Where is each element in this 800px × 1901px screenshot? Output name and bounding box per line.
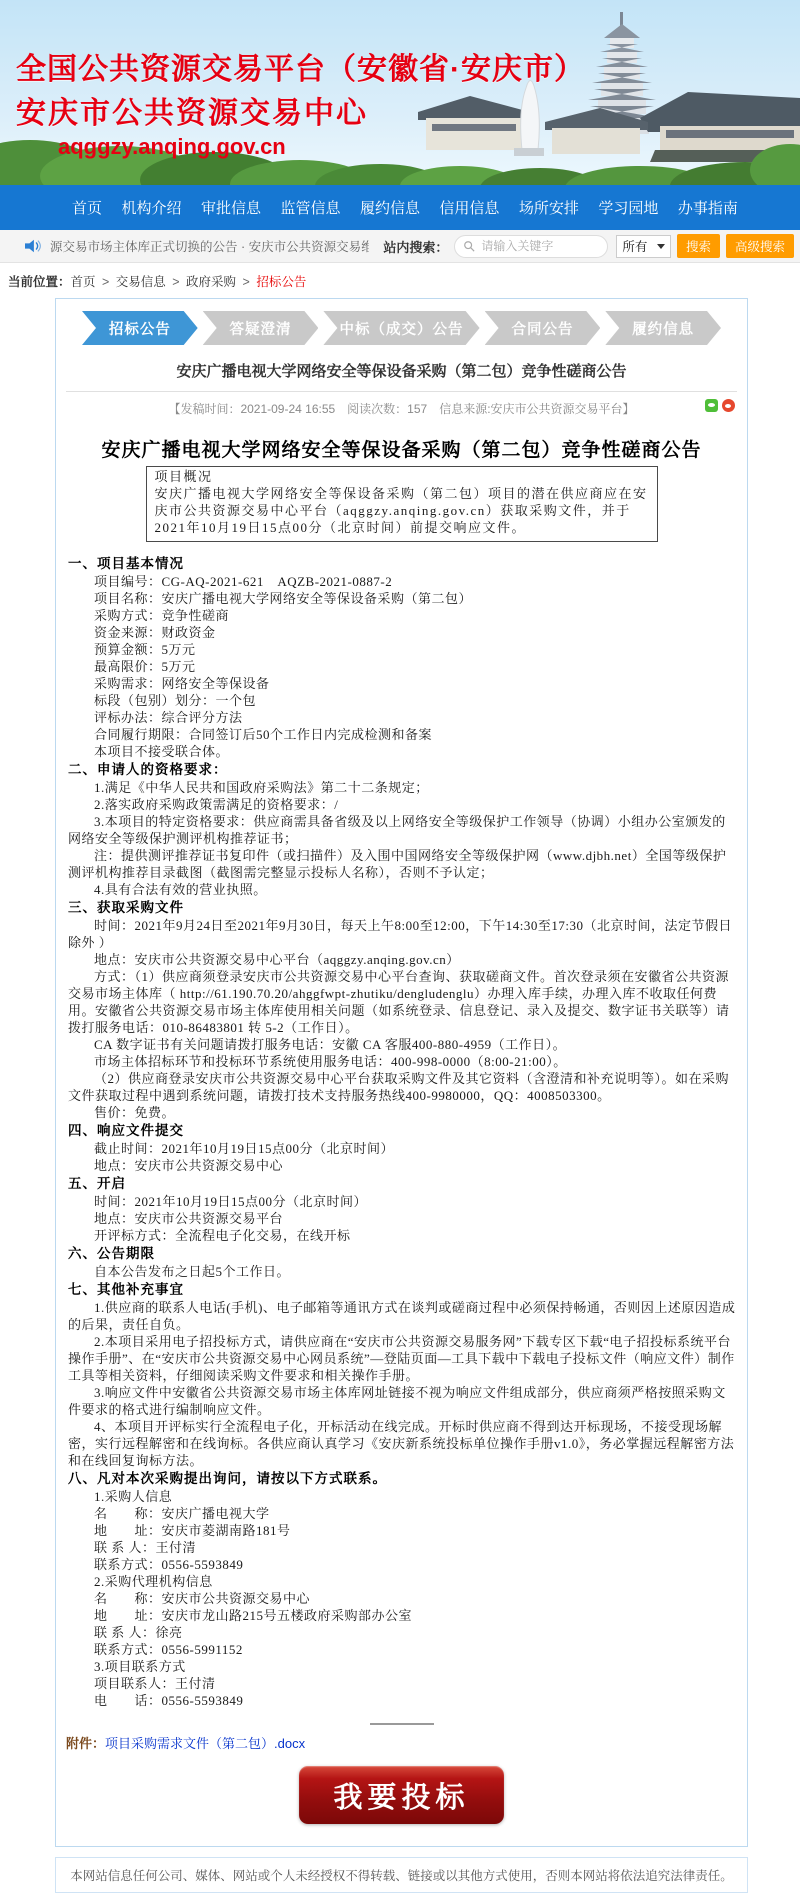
overview-heading: 项目概况: [155, 468, 649, 485]
section-6-paragraph-1: 自本公告发布之日起5个工作日。: [68, 1263, 737, 1280]
search-input[interactable]: [479, 238, 599, 254]
section-1-paragraph-1: 项目编号：CG-AQ-2021-621 AQZB-2021-0887-2: [68, 573, 737, 590]
section-8-paragraph-1: 1.采购人信息: [68, 1488, 737, 1505]
section-4-paragraph-2: 地点：安庆市公共资源交易中心: [68, 1157, 737, 1174]
document-title: 安庆广播电视大学网络安全等保设备采购（第二包）竞争性磋商公告: [64, 435, 739, 462]
section-heading-5: 五、开启: [68, 1175, 737, 1192]
nav-item-6[interactable]: 信用信息: [439, 197, 499, 218]
project-overview-box: 项目概况 安庆广播电视大学网络安全等保设备采购（第二包）项目的潜在供应商应在安庆…: [146, 466, 658, 542]
breadcrumb-item-2[interactable]: 交易信息: [116, 275, 166, 289]
site-title-line2: 安庆市公共资源交易中心: [16, 88, 368, 132]
news-ticker[interactable]: 源交易市场主体库正式切换的公告 · 安庆市公共资源交易维权渠道 · 安庆: [50, 237, 369, 255]
article-meta-row: 【发稿时间：2021-09-24 16:55 阅读次数：157 信息来源:安庆市…: [64, 392, 739, 427]
bid-now-button[interactable]: 我要投标: [299, 1766, 504, 1824]
chevron-down-icon: [657, 244, 665, 249]
section-3-paragraph-4: CA 数字证书有关问题请拨打服务电话：安徽 CA 客服400-880-4959（…: [68, 1036, 737, 1053]
section-7-paragraph-1: 1.供应商的联系人电话(手机)、电子邮箱等通讯方式在谈判或磋商过程中必须保持畅通…: [68, 1299, 737, 1333]
section-4-paragraph-1: 截止时间：2021年10月19日15点00分（北京时间）: [68, 1140, 737, 1157]
section-3-paragraph-5: 市场主体招标环节和投标环节系统使用服务电话：400-998-0000（8:00-…: [68, 1053, 737, 1070]
nav-item-2[interactable]: 机构介绍: [121, 197, 181, 218]
section-8-paragraph-7: 名 称：安庆市公共资源交易中心: [68, 1590, 737, 1607]
breadcrumb-item-4[interactable]: 招标公告: [256, 275, 306, 289]
section-heading-8: 八、凡对本次采购提出询问，请按以下方式联系。: [68, 1470, 737, 1487]
tab-5[interactable]: 履约信息: [605, 311, 721, 345]
document-end-divider: [370, 1723, 434, 1725]
section-8-paragraph-12: 项目联系人：王付清: [68, 1675, 737, 1692]
site-url: aqggzy.anqing.gov.cn: [58, 134, 286, 160]
announcement-document: 安庆广播电视大学网络安全等保设备采购（第二包）竞争性磋商公告 项目概况 安庆广播…: [64, 435, 739, 1725]
breadcrumb-item-1[interactable]: 首页: [71, 275, 96, 289]
section-1-paragraph-8: 标段（包别）划分：一个包: [68, 692, 737, 709]
section-8-paragraph-5: 联系方式：0556-5593849: [68, 1556, 737, 1573]
page-title: 安庆广播电视大学网络安全等保设备采购（第二包）竞争性磋商公告: [64, 360, 739, 381]
tab-2[interactable]: 答疑澄清: [203, 311, 319, 345]
section-8-paragraph-9: 联 系 人：徐亮: [68, 1624, 737, 1641]
tab-4[interactable]: 合同公告: [485, 311, 601, 345]
tab-bar: 招标公告答疑澄清中标（成交）公告合同公告履约信息: [82, 311, 721, 345]
tab-3[interactable]: 中标（成交）公告: [323, 311, 479, 345]
header-banner: 全国公共资源交易平台（安徽省·安庆市） 安庆市公共资源交易中心 aqggzy.a…: [0, 0, 800, 185]
breadcrumb-item-3[interactable]: 政府采购: [186, 275, 236, 289]
section-1-paragraph-4: 资金来源：财政资金: [68, 624, 737, 641]
section-3-paragraph-3: 方式：（1）供应商须登录安庆市公共资源交易中心平台查询、获取磋商文件。首次登录须…: [68, 968, 737, 1036]
document-body: 一、项目基本情况项目编号：CG-AQ-2021-621 AQZB-2021-08…: [64, 542, 739, 1709]
section-1-paragraph-5: 预算金额：5万元: [68, 641, 737, 658]
breadcrumb: 当前位置：首页 > 交易信息 > 政府采购 > 招标公告: [0, 263, 800, 296]
nav-item-4[interactable]: 监管信息: [280, 197, 340, 218]
section-5-paragraph-1: 时间：2021年10月19日15点00分（北京时间）: [68, 1193, 737, 1210]
breadcrumb-label: 当前位置：: [8, 275, 71, 289]
nav-item-7[interactable]: 场所安排: [519, 197, 579, 218]
section-8-paragraph-11: 3.项目联系方式: [68, 1658, 737, 1675]
section-1-paragraph-3: 采购方式：竞争性磋商: [68, 607, 737, 624]
site-search-label: 站内搜索：: [383, 237, 448, 256]
tab-1[interactable]: 招标公告: [82, 311, 198, 345]
section-heading-7: 七、其他补充事宜: [68, 1281, 737, 1298]
main-content-box: 招标公告答疑澄清中标（成交）公告合同公告履约信息 安庆广播电视大学网络安全等保设…: [55, 298, 748, 1847]
section-8-paragraph-10: 联系方式：0556-5991152: [68, 1641, 737, 1658]
section-3-paragraph-6: （2）供应商登录安庆市公共资源交易中心平台获取采购文件及其它资料（含澄清和补充说…: [68, 1070, 737, 1104]
section-8-paragraph-2: 名 称：安庆广播电视大学: [68, 1505, 737, 1522]
footer-notice: 本网站信息任何公司、媒体、网站或个人未经授权不得转载、链接或以其他方式使用，否则…: [55, 1857, 748, 1893]
article-meta: 【发稿时间：2021-09-24 16:55 阅读次数：157 信息来源:安庆市…: [168, 402, 634, 416]
section-2-paragraph-5: 4.具有合法有效的营业执照。: [68, 881, 737, 898]
section-1-paragraph-2: 项目名称：安庆广播电视大学网络安全等保设备采购（第二包）: [68, 590, 737, 607]
section-heading-2: 二、申请人的资格要求：: [68, 761, 737, 778]
nav-item-9[interactable]: 办事指南: [678, 197, 738, 218]
nav-item-3[interactable]: 审批信息: [201, 197, 261, 218]
share-wechat-icon[interactable]: [705, 399, 718, 412]
search-scope-value: 所有: [622, 237, 647, 255]
nav-item-1[interactable]: 首页: [72, 197, 102, 218]
section-3-paragraph-1: 时间：2021年9月24日至2021年9月30日，每天上午8:00至12:00，…: [68, 917, 737, 951]
section-3-paragraph-7: 售价：免费。: [68, 1104, 737, 1121]
section-1-paragraph-11: 本项目不接受联合体。: [68, 743, 737, 760]
section-7-paragraph-4: 4、本项目开评标实行全流程电子化，开标活动在线完成。开标时供应商不得到达开标现场…: [68, 1418, 737, 1469]
section-heading-3: 三、获取采购文件: [68, 899, 737, 916]
breadcrumb-separator: >: [99, 275, 113, 289]
share-icons: [705, 399, 735, 412]
section-5-paragraph-2: 地点：安庆市公共资源交易平台: [68, 1210, 737, 1227]
speaker-icon: [24, 238, 42, 254]
section-8-paragraph-4: 联 系 人：王付清: [68, 1539, 737, 1556]
overview-text: 安庆广播电视大学网络安全等保设备采购（第二包）项目的潜在供应商应在安庆市公共资源…: [155, 485, 649, 536]
search-scope-select[interactable]: 所有: [616, 235, 671, 258]
section-7-paragraph-2: 2.本项目采用电子招投标方式，请供应商在“安庆市公共资源交易服务网”下载专区下载…: [68, 1333, 737, 1384]
top-nav: 首页机构介绍审批信息监管信息履约信息信用信息场所安排学习园地办事指南: [0, 185, 800, 230]
breadcrumb-separator: >: [239, 275, 253, 289]
advanced-search-button[interactable]: 高级搜索: [726, 234, 794, 258]
attachment-row: 附件：项目采购需求文件（第二包）.docx: [66, 1733, 739, 1752]
section-8-paragraph-13: 电 话：0556-5593849: [68, 1692, 737, 1709]
site-title-line1: 全国公共资源交易平台（安徽省·安庆市）: [16, 44, 585, 88]
breadcrumb-separator: >: [169, 275, 183, 289]
section-2-paragraph-2: 2.落实政府采购政策需满足的资格要求：/: [68, 796, 737, 813]
section-8-paragraph-8: 地 址：安庆市龙山路215号五楼政府采购部办公室: [68, 1607, 737, 1624]
section-8-paragraph-3: 地 址：安庆市菱湖南路181号: [68, 1522, 737, 1539]
nav-item-5[interactable]: 履约信息: [360, 197, 420, 218]
section-2-paragraph-1: 1.满足《中华人民共和国政府采购法》第二十二条规定；: [68, 779, 737, 796]
search-button[interactable]: 搜索: [677, 234, 720, 258]
section-8-paragraph-6: 2.采购代理机构信息: [68, 1573, 737, 1590]
section-1-paragraph-7: 采购需求：网络安全等保设备: [68, 675, 737, 692]
section-heading-4: 四、响应文件提交: [68, 1122, 737, 1139]
search-box: [454, 235, 608, 258]
search-icon: [463, 240, 475, 252]
nav-item-8[interactable]: 学习园地: [598, 197, 658, 218]
section-5-paragraph-3: 开评标方式：全流程电子化交易，在线开标: [68, 1227, 737, 1244]
section-2-paragraph-3: 3.本项目的特定资格要求：供应商需具备省级及以上网络安全等级保护工作领导（协调）…: [68, 813, 737, 847]
section-2-paragraph-4: 注：提供测评推荐证书复印件（或扫描件）及入围中国网络安全等级保护网（www.dj…: [68, 847, 737, 881]
section-1-paragraph-10: 合同履行期限：合同签订后50个工作日内完成检测和备案: [68, 726, 737, 743]
share-weibo-icon[interactable]: [722, 399, 735, 412]
breadcrumb-items: 首页 > 交易信息 > 政府采购 > 招标公告: [71, 275, 307, 289]
attachment-link[interactable]: 项目采购需求文件（第二包）.docx: [105, 1736, 305, 1751]
section-1-paragraph-6: 最高限价：5万元: [68, 658, 737, 675]
announcement-bar: 源交易市场主体库正式切换的公告 · 安庆市公共资源交易维权渠道 · 安庆 站内搜…: [0, 230, 800, 263]
section-heading-1: 一、项目基本情况: [68, 555, 737, 572]
section-heading-6: 六、公告期限: [68, 1245, 737, 1262]
section-7-paragraph-3: 3.响应文件中安徽省公共资源交易市场主体库网址链接不视为响应文件组成部分，供应商…: [68, 1384, 737, 1418]
attachment-label: 附件：: [66, 1736, 105, 1751]
section-3-paragraph-2: 地点：安庆市公共资源交易中心平台（aqggzy.anqing.gov.cn）: [68, 951, 737, 968]
section-1-paragraph-9: 评标办法：综合评分方法: [68, 709, 737, 726]
